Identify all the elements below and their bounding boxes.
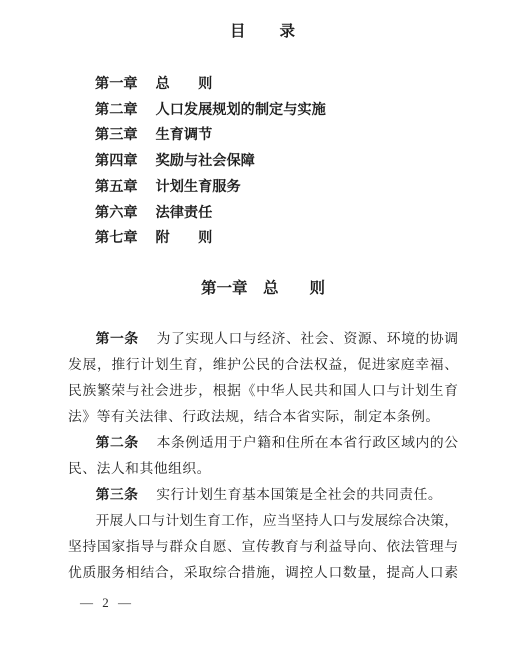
body-line: 民、法人和其他组织。: [68, 456, 458, 482]
toc-chapter-label: 第一章: [95, 72, 138, 98]
article-label: 第二条: [96, 435, 139, 450]
toc-chapter-title: 生育调节: [156, 127, 213, 143]
toc-list: 第一章 总 则 第二章 人口发展规划的制定与实施 第三章 生育调节 第四章 奖励…: [95, 72, 526, 252]
article-label: 第一条: [96, 331, 139, 346]
toc-chapter-label: 第五章: [95, 175, 138, 201]
body-line: 民族繁荣与社会进步，根据《中华人民共和国人口与计划生育: [68, 378, 458, 404]
toc-chapter-label: 第三章: [95, 123, 138, 149]
body-line: 坚持国家指导与群众自愿、宣传教育与利益导向、依法管理与: [68, 534, 458, 560]
toc-chapter-label: 第四章: [95, 149, 138, 175]
body-text: 第一条 为了实现人口与经济、社会、资源、环境的协调 发展，推行计划生育，维护公民…: [68, 326, 458, 586]
toc-chapter-title: 计划生育服务: [156, 179, 241, 195]
toc-item: 第三章 生育调节: [95, 123, 526, 149]
toc-item: 第五章 计划生育服务: [95, 175, 526, 201]
page-footer: — 2 —: [80, 595, 134, 611]
toc-item: 第七章 附 则: [95, 226, 526, 252]
line-text: 法》等有关法律、行政法规，结合本省实际，制定本条例。: [68, 409, 440, 424]
toc-chapter-title: 法律责任: [156, 205, 213, 221]
line-text: 坚持国家指导与群众自愿、宣传教育与利益导向、依法管理与: [68, 539, 458, 554]
line-text: 民、法人和其他组织。: [68, 461, 211, 476]
toc-chapter-label: 第二章: [95, 98, 138, 124]
toc-item: 第六章 法律责任: [95, 201, 526, 227]
line-text: 实行计划生育基本国策是全社会的共同责任。: [156, 487, 442, 502]
line-text: 优质服务相结合，采取综合措施，调控人口数量，提高人口素: [68, 565, 458, 580]
section-heading: 第一章 总 则: [0, 279, 526, 299]
toc-title: 目 录: [0, 0, 526, 42]
line-text: 本条例适用于户籍和住所在本省行政区域内的公: [157, 435, 458, 450]
article-label: 第三条: [96, 487, 139, 502]
line-text: 为了实现人口与经济、社会、资源、环境的协调: [157, 331, 458, 346]
body-line: 第三条 实行计划生育基本国策是全社会的共同责任。: [68, 482, 458, 508]
body-line: 开展人口与计划生育工作，应当坚持人口与发展综合决策，: [68, 508, 458, 534]
toc-item: 第四章 奖励与社会保障: [95, 149, 526, 175]
page-number: — 2 —: [80, 595, 134, 610]
body-line: 法》等有关法律、行政法规，结合本省实际，制定本条例。: [68, 404, 458, 430]
toc-chapter-label: 第六章: [95, 201, 138, 227]
toc-chapter-title: 附 则: [156, 230, 213, 246]
document-page: 目 录 第一章 总 则 第二章 人口发展规划的制定与实施 第三章 生育调节 第四…: [0, 0, 526, 670]
toc-chapter-title: 奖励与社会保障: [156, 153, 255, 169]
line-text: 民族繁荣与社会进步，根据《中华人民共和国人口与计划生育: [68, 383, 458, 398]
body-line: 第二条 本条例适用于户籍和住所在本省行政区域内的公: [68, 430, 458, 456]
toc-item: 第二章 人口发展规划的制定与实施: [95, 98, 526, 124]
toc-chapter-label: 第七章: [95, 226, 138, 252]
line-text: 发展，推行计划生育，维护公民的合法权益，促进家庭幸福、: [68, 357, 458, 372]
line-text: 开展人口与计划生育工作，应当坚持人口与发展综合决策，: [96, 513, 458, 528]
body-line: 第一条 为了实现人口与经济、社会、资源、环境的协调: [68, 326, 458, 352]
body-line: 发展，推行计划生育，维护公民的合法权益，促进家庭幸福、: [68, 352, 458, 378]
toc-chapter-title: 人口发展规划的制定与实施: [156, 102, 326, 118]
body-line: 优质服务相结合，采取综合措施，调控人口数量，提高人口素: [68, 560, 458, 586]
toc-chapter-title: 总 则: [156, 76, 213, 92]
toc-item: 第一章 总 则: [95, 72, 526, 98]
